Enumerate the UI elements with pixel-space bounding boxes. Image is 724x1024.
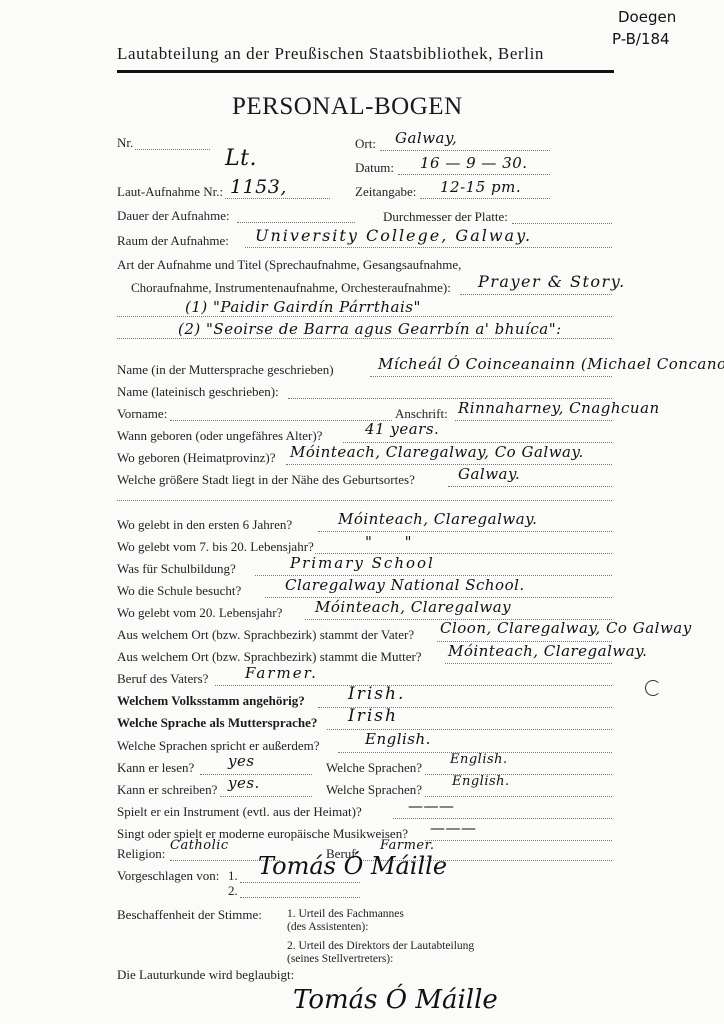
religion-label: Religion: [117, 846, 165, 862]
archive-note-name: Doegen [618, 8, 676, 26]
urteil-2-line2: (seines Stellvertreters): [287, 953, 393, 965]
mutter-ort-field[interactable] [445, 663, 612, 664]
mutter-ort-label: Aus welchem Ort (bzw. Sprachbezirk) stam… [117, 649, 422, 665]
datum-value: 16 — 9 — 30. [420, 154, 528, 172]
geboren-label: Wann geboren (oder ungefähres Alter)? [117, 428, 322, 444]
lesen-value: yes [228, 752, 255, 770]
platte-label: Durchmesser der Platte: [383, 209, 508, 225]
lesen-label: Kann er lesen? [117, 760, 194, 776]
schulort-label: Wo die Schule besucht? [117, 583, 241, 599]
volksstamm-value: Irish. [348, 684, 405, 704]
raum-field[interactable] [245, 247, 612, 248]
musik-label: Singt oder spielt er moderne europäische… [117, 826, 408, 842]
beruf-vater-field[interactable] [215, 685, 612, 686]
sprachen-value: English. [365, 730, 431, 748]
stadt-label: Welche größere Stadt liegt in der Nähe d… [117, 472, 415, 488]
schreiben-sprachen-value: English. [452, 774, 510, 789]
ab20-value: Móinteach, Claregalway [315, 598, 511, 616]
vater-ort-value: Cloon, Claregalway, Co Galway [440, 619, 692, 637]
schule-value: Primary School [290, 554, 435, 572]
name-native-value: Mícheál Ó Coinceanainn (Michael Concanon [378, 355, 724, 373]
stadt-field-extra[interactable] [117, 500, 612, 501]
anschrift-value: Rinnaharney, Cnaghcuan [458, 399, 660, 417]
laut-nr-field[interactable] [225, 198, 330, 199]
vorgeschlagen-label: Vorgeschlagen von: [117, 868, 219, 884]
vorgeschlagen-1-number: 1. [228, 868, 238, 884]
beruf-value: Farmer. [380, 838, 435, 853]
vorgeschlagen-1-field[interactable] [240, 882, 360, 883]
schule-label: Was für Schulbildung? [117, 561, 236, 577]
urteil-1-line2: (des Assistenten): [287, 921, 368, 933]
dauer-field[interactable] [237, 222, 355, 223]
stadt-value: Galway. [458, 465, 520, 483]
instrument-value: ——— [408, 797, 455, 815]
lesen-sprachen-value: English. [450, 752, 508, 767]
laut-nr-value: 1153, [230, 176, 287, 198]
datum-field[interactable] [398, 174, 550, 175]
geburtsort-label: Wo geboren (Heimatprovinz)? [117, 450, 276, 466]
muttersprache-value: Irish [348, 706, 398, 726]
name-native-field[interactable] [370, 376, 612, 377]
mutter-ort-value: Móinteach, Claregalway. [448, 642, 647, 660]
instrument-field[interactable] [393, 818, 612, 819]
art-label-line1: Art der Aufnahme und Titel (Sprechaufnah… [117, 257, 461, 273]
raum-value: University College, Galway. [255, 226, 532, 245]
beruf-vater-label: Beruf des Vaters? [117, 671, 208, 687]
nr-label: Nr. [117, 135, 133, 151]
dauer-label: Dauer der Aufnahme: [117, 208, 230, 224]
title-1-value: (1) "Paidir Gairdín Párrthais" [185, 298, 421, 316]
geburtsort-field[interactable] [286, 464, 612, 465]
lt-mark: Lt. [225, 146, 257, 171]
sprachen-label: Welche Sprachen spricht er außerdem? [117, 738, 320, 754]
title-1-field[interactable] [117, 316, 612, 317]
schreiben-field[interactable] [220, 796, 312, 797]
musik-value: ——— [430, 819, 477, 837]
title-2-field[interactable] [117, 338, 612, 339]
name-native-label: Name (in der Muttersprache geschrieben) [117, 362, 334, 378]
nr-field[interactable] [135, 149, 210, 150]
art-label-line2: Choraufnahme, Instrumentenaufnahme, Orch… [131, 280, 451, 296]
volksstamm-label: Welchem Volksstamm angehörig? [117, 693, 305, 709]
schreiben-sprachen-label: Welche Sprachen? [326, 782, 422, 798]
zeit-field[interactable] [420, 198, 550, 199]
vorgeschlagen-2-field[interactable] [240, 897, 360, 898]
lesen-sprachen-label: Welche Sprachen? [326, 760, 422, 776]
institution-header: Lautabteilung an der Preußischen Staatsb… [117, 44, 544, 64]
archive-note-number: P-B/184 [612, 30, 670, 48]
vater-ort-label: Aus welchem Ort (bzw. Sprachbezirk) stam… [117, 627, 414, 643]
jahre6-label: Wo gelebt in den ersten 6 Jahren? [117, 517, 292, 533]
vorname-field[interactable] [170, 420, 392, 421]
art-value: Prayer & Story. [478, 272, 626, 291]
jahre6-value: Móinteach, Claregalway. [338, 510, 537, 528]
musik-field[interactable] [425, 840, 612, 841]
ab20-label: Wo gelebt vom 20. Lebensjahr? [117, 605, 282, 621]
beruf-vater-value: Farmer. [245, 664, 318, 682]
ort-label: Ort: [355, 136, 376, 152]
instrument-label: Spielt er ein Instrument (evtl. aus der … [117, 804, 362, 820]
art-field[interactable] [460, 294, 612, 295]
vorname-label: Vorname: [117, 406, 167, 422]
schreiben-label: Kann er schreiben? [117, 782, 217, 798]
ort-value: Galway, [395, 129, 457, 147]
stimme-label: Beschaffenheit der Stimme: [117, 907, 262, 923]
jahre7-20-value: " " [365, 533, 426, 551]
raum-label: Raum der Aufnahme: [117, 233, 229, 249]
platte-field[interactable] [512, 223, 612, 224]
vorgeschlagen-1-signature: Tomás Ó Máille [258, 852, 447, 880]
muttersprache-label: Welche Sprache als Muttersprache? [117, 715, 317, 731]
jahre7-20-label: Wo gelebt vom 7. bis 20. Lebensjahr? [117, 539, 314, 555]
ort-field[interactable] [380, 150, 550, 151]
laut-nr-label: Laut-Aufnahme Nr.: [117, 184, 223, 200]
vorgeschlagen-2-number: 2. [228, 883, 238, 899]
religion-value: Catholic [170, 838, 229, 853]
page-title: PERSONAL-BOGEN [232, 93, 463, 121]
schreiben-value: yes. [228, 774, 260, 792]
schulort-value: Claregalway National School. [285, 576, 525, 594]
beglaubigt-label: Die Lauturkunde wird beglaubigt: [117, 967, 294, 983]
jahre6-field[interactable] [318, 531, 612, 532]
pencil-circle-mark [645, 680, 661, 696]
beglaubigt-signature: Tomás Ó Máille [293, 985, 498, 1015]
anschrift-field[interactable] [455, 420, 612, 421]
name-latin-label: Name (lateinisch geschrieben): [117, 384, 279, 400]
zeit-value: 12-15 pm. [440, 178, 521, 196]
stadt-field[interactable] [448, 486, 612, 487]
geburtsort-value: Móinteach, Claregalway, Co Galway. [290, 443, 584, 461]
header-rule [117, 70, 614, 73]
title-2-value: (2) "Seoirse de Barra agus Gearrbín a' b… [178, 320, 562, 338]
urteil-1-line1: 1. Urteil des Fachmannes [287, 908, 404, 920]
geboren-value: 41 years. [365, 420, 439, 438]
urteil-2-line1: 2. Urteil des Direktors der Lautabteilun… [287, 940, 474, 952]
zeit-label: Zeitangabe: [355, 184, 416, 200]
datum-label: Datum: [355, 160, 394, 176]
